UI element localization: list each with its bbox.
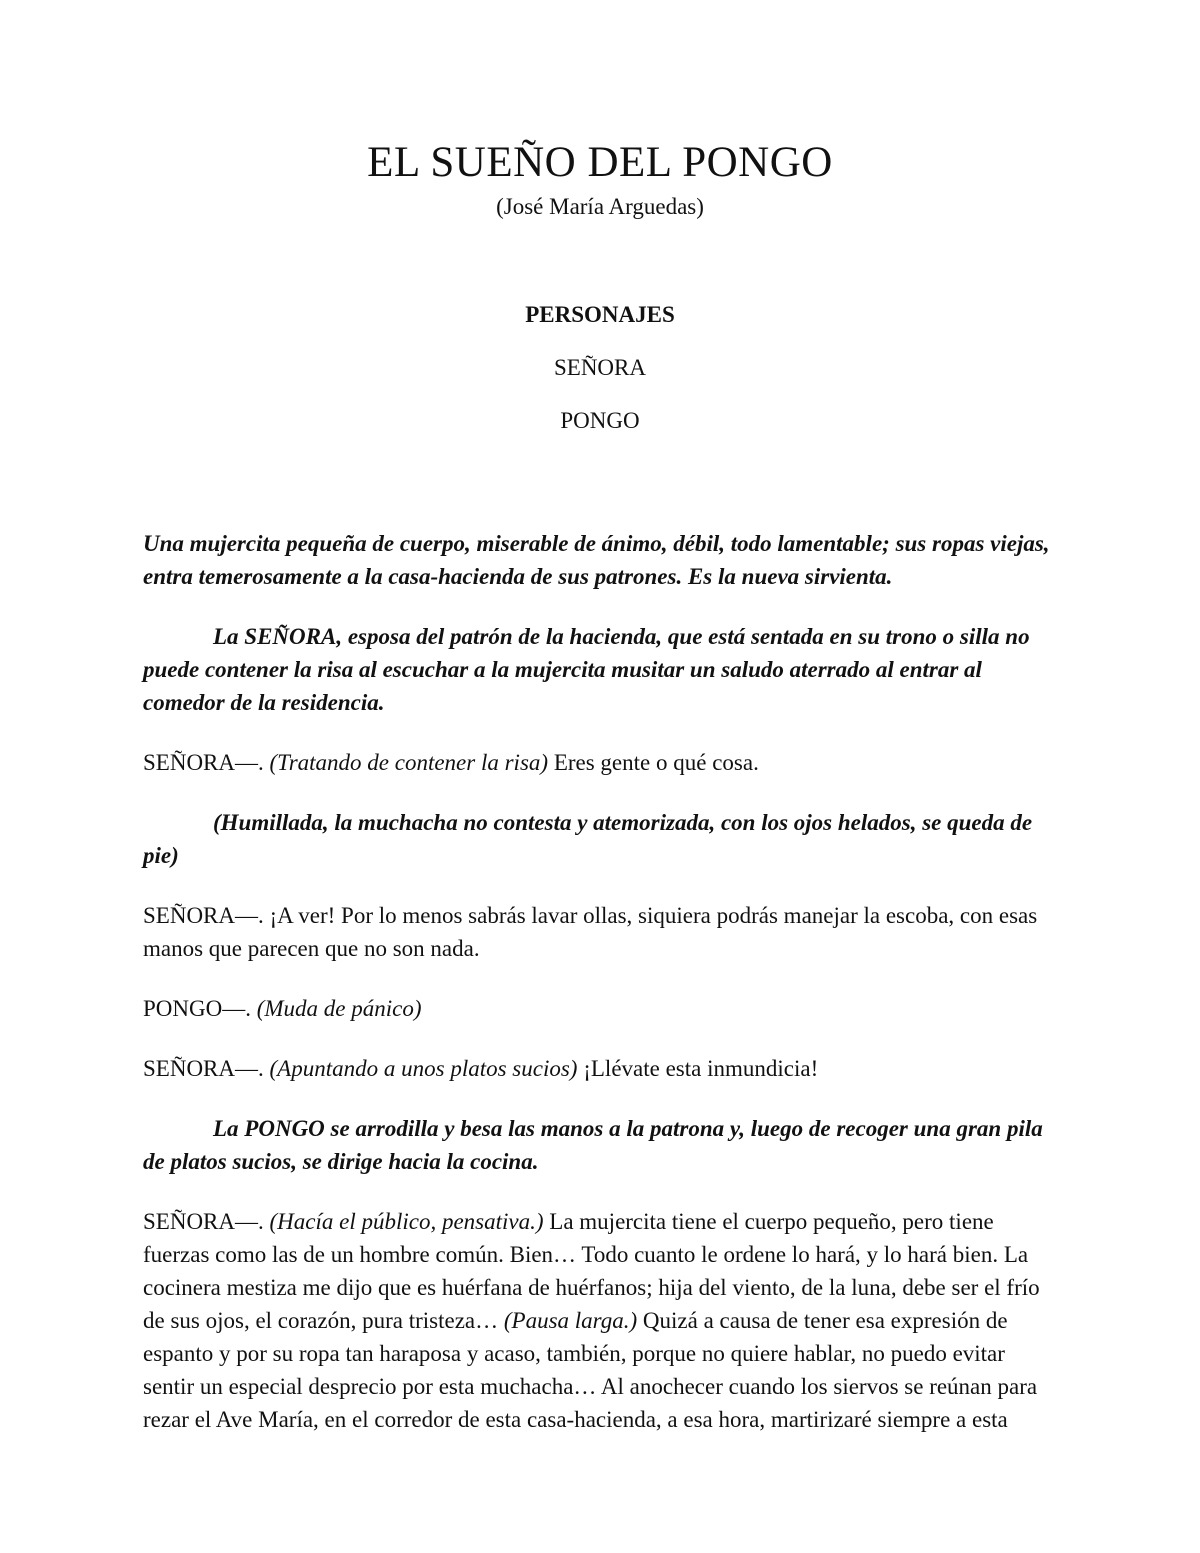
text-segment: (Hacía el público, pensativa.)	[270, 1209, 544, 1234]
text-segment: Eres gente o qué cosa.	[548, 750, 759, 775]
dialogue-paragraph: PONGO—. (Muda de pánico)	[143, 992, 1057, 1025]
text-segment: SEÑORA—. ¡A ver! Por lo menos sabrás lav…	[143, 903, 1037, 961]
text-segment: SEÑORA—.	[143, 750, 270, 775]
character-name-pongo: PONGO	[143, 407, 1057, 435]
script-body: Una mujercita pequeña de cuerpo, miserab…	[143, 527, 1057, 1436]
text-segment: (Pausa larga.)	[504, 1308, 637, 1333]
text-segment: (Muda de pánico)	[257, 996, 422, 1021]
stage-direction-paragraph: La SEÑORA, esposa del patrón de la hacie…	[143, 620, 1057, 719]
document-page-background: { "document": { "title": "EL SUEÑO DEL P…	[0, 0, 1200, 1553]
stage-direction-paragraph: (Humillada, la muchacha no contesta y at…	[143, 806, 1057, 872]
text-segment: La SEÑORA, esposa del patrón de la hacie…	[143, 624, 1030, 715]
author-byline: (José María Arguedas)	[143, 193, 1057, 221]
text-segment: La PONGO se arrodilla y besa las manos a…	[143, 1116, 1043, 1174]
dialogue-paragraph: SEÑORA—. (Hacía el público, pensativa.) …	[143, 1205, 1057, 1436]
document-page: EL SUEÑO DEL PONGO (José María Arguedas)…	[0, 0, 1200, 1553]
page-title: EL SUEÑO DEL PONGO	[143, 0, 1057, 187]
text-segment: Una mujercita pequeña de cuerpo, miserab…	[143, 531, 1050, 589]
text-segment: (Tratando de contener la risa)	[270, 750, 549, 775]
text-segment: (Apuntando a unos platos sucios)	[270, 1056, 578, 1081]
text-segment: SEÑORA—.	[143, 1056, 270, 1081]
text-segment: (Humillada, la muchacha no contesta y at…	[143, 810, 1032, 868]
stage-direction-paragraph: Una mujercita pequeña de cuerpo, miserab…	[143, 527, 1057, 593]
dialogue-paragraph: SEÑORA—. (Apuntando a unos platos sucios…	[143, 1052, 1057, 1085]
text-segment: PONGO—.	[143, 996, 257, 1021]
characters-heading: PERSONAJES	[143, 301, 1057, 329]
text-segment: SEÑORA—.	[143, 1209, 270, 1234]
text-segment: ¡Llévate esta inmundicia!	[577, 1056, 818, 1081]
dialogue-paragraph: SEÑORA—. ¡A ver! Por lo menos sabrás lav…	[143, 899, 1057, 965]
character-name-senora: SEÑORA	[143, 354, 1057, 382]
dialogue-paragraph: SEÑORA—. (Tratando de contener la risa) …	[143, 746, 1057, 779]
stage-direction-paragraph: La PONGO se arrodilla y besa las manos a…	[143, 1112, 1057, 1178]
